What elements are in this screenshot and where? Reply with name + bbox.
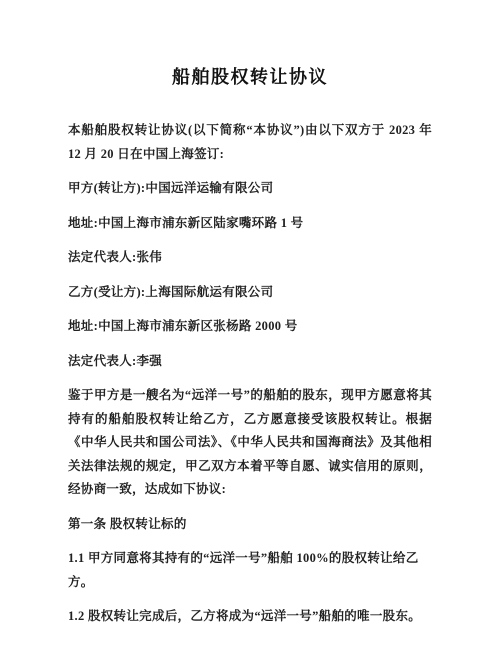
party-b-address-line: 地址:中国上海市浦东新区张杨路 2000 号 <box>68 315 432 339</box>
clause-1-1: 1.1 甲方同意将其持有的“远洋一号”船舶 100%的股权转让给乙方。 <box>68 547 432 594</box>
party-a-representative-line: 法定代表人:张伟 <box>68 246 432 270</box>
whereas-paragraph: 鉴于甲方是一艘名为“远洋一号”的船舶的股东，现甲方愿意将其持有的船舶股权转让给乙… <box>68 384 432 502</box>
party-b-representative-line: 法定代表人:李强 <box>68 350 432 374</box>
document-content: 船舶股权转让协议 本船舶股权转让协议(以下简称“本协议”)由以下双方于 2023… <box>0 0 500 629</box>
document-page: 船舶股权转让协议 本船舶股权转让协议(以下简称“本协议”)由以下双方于 2023… <box>0 0 500 647</box>
clause-1-2: 1.2 股权转让完成后，乙方将成为“远洋一号”船舶的唯一股东。 <box>68 605 432 629</box>
party-b-line: 乙方(受让方):上海国际航运有限公司 <box>68 281 432 305</box>
intro-paragraph: 本船舶股权转让协议(以下简称“本协议”)由以下双方于 2023 年 12 月 2… <box>68 119 432 166</box>
party-a-line: 甲方(转让方):中国远洋运输有限公司 <box>68 177 432 201</box>
party-a-address-line: 地址:中国上海市浦东新区陆家嘴环路 1 号 <box>68 212 432 236</box>
clause-1-heading: 第一条 股权转让标的 <box>68 513 432 537</box>
document-title: 船舶股权转让协议 <box>68 66 432 88</box>
